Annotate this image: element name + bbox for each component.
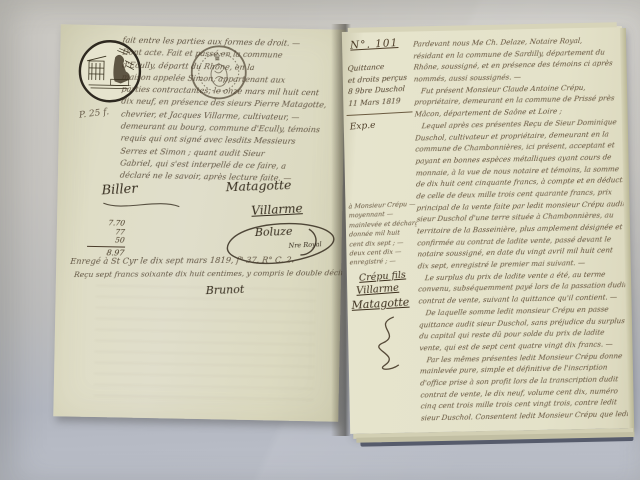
- right-page-sheet: N°. 101 Quittanceet droits perçus8 9bre …: [342, 26, 630, 434]
- underlying-page-edge: [348, 22, 617, 33]
- expedition-label: Exp.e: [349, 121, 375, 133]
- fee-note: P. 25 f.: [79, 107, 110, 121]
- registration-line-1: Enregé à St Cyr le dix sept mars 1819, f…: [70, 254, 339, 266]
- registration-line-2: Reçu sept francs soixante dix huit centi…: [74, 268, 343, 279]
- margin-signature-crepu: Crépu fils: [359, 269, 407, 283]
- fee-sum-entries: 7.707750: [87, 219, 125, 246]
- margin-annotation-block: à Monsieur Crépu —moyennant —mainlevée e…: [348, 200, 417, 267]
- signature-witness-matagotte: Matagotte: [225, 177, 291, 194]
- left-page-sheet: ♛ P. 25 f. fait entre les parties aux fo…: [53, 24, 345, 421]
- fee-sum-block: 7.707750 8.97: [86, 219, 125, 258]
- signature-flourish-biller: [99, 197, 183, 213]
- signature-witness-biller: Biller: [101, 182, 138, 199]
- margin-signature-villarme: Villarme: [356, 283, 399, 297]
- fee-sum-entry: 50: [86, 236, 125, 245]
- margin-notes-block: Quittanceet droits perçus8 9bre Duschol1…: [347, 60, 414, 107]
- margin-rule: [347, 111, 413, 116]
- right-page-text-block: Pardevant nous Me Ch. Delaze, Notaire Ro…: [413, 34, 628, 424]
- act-number: N°. 101: [350, 37, 399, 52]
- margin-signature-matagotte: Matagotte: [351, 296, 409, 312]
- margin-paraph-flourish: [364, 313, 409, 374]
- margin-annotation-line: enregistré ; —: [349, 256, 418, 268]
- photo-background: ♛ P. 25 f. fait entre les parties aux fo…: [0, 0, 640, 480]
- notary-title-note: Nre Royal: [288, 240, 322, 250]
- ink-show-through: [93, 285, 315, 409]
- signature-registrar-brunot: Brunot: [206, 283, 245, 297]
- left-page-text-block: fait entre les parties aux formes de dro…: [120, 34, 341, 186]
